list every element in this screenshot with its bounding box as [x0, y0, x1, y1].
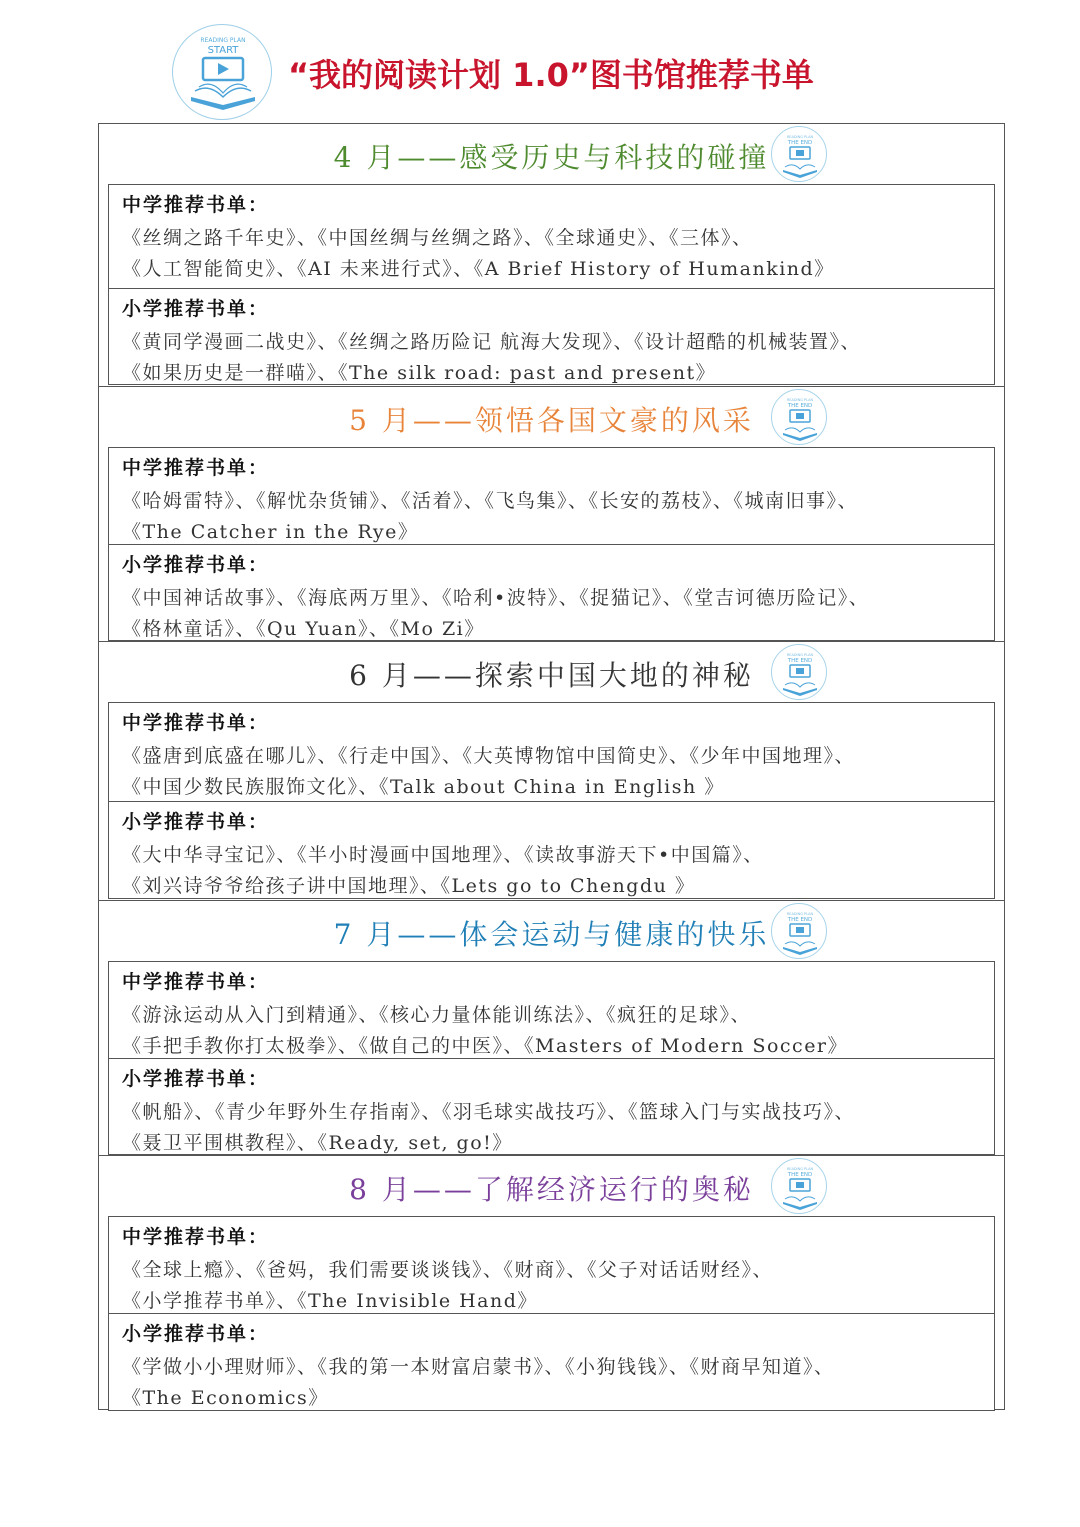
primary-school-list: 小学推荐书单： 《黄同学漫画二战史》、《丝绸之路历险记 航海大发现》、《设计超酷… [108, 288, 995, 385]
middle-school-label: 中学推荐书单： [122, 453, 269, 480]
month-header: 6 月——探索中国大地的神秘 READING PLAN THE END [99, 642, 1004, 702]
primary-school-label: 小学推荐书单： [122, 807, 269, 834]
svg-text:READING PLAN: READING PLAN [787, 912, 814, 916]
month-header: 5 月——领悟各国文豪的风采 READING PLAN THE END [99, 387, 1004, 447]
svg-text:READING PLAN: READING PLAN [787, 653, 814, 657]
middle-school-list: 中学推荐书单： 《哈姆雷特》、《解忧杂货铺》、《活着》、《飞鸟集》、《长安的荔枝… [108, 447, 995, 545]
book-list-line: 《人工智能简史》、《AI 未来进行式》、《A Brief History of … [122, 254, 835, 281]
book-list-line: 《如果历史是一群喵》、《The silk road: past and pres… [122, 358, 716, 385]
book-list-line: 《格林童话》、《Qu Yuan》、《Mo Zi》 [122, 614, 485, 641]
the-end-badge-icon: READING PLAN THE END [771, 1158, 827, 1214]
primary-school-list: 小学推荐书单： 《学做小小理财师》、《我的第一本财富启蒙书》、《小狗钱钱》、《财… [108, 1313, 995, 1411]
svg-text:READING PLAN: READING PLAN [200, 37, 245, 44]
middle-school-label: 中学推荐书单： [122, 190, 269, 217]
middle-school-label: 中学推荐书单： [122, 708, 269, 735]
primary-school-list: 小学推荐书单： 《大中华寻宝记》、《半小时漫画中国地理》、《读故事游天下•中国篇… [108, 801, 995, 899]
book-list-line: 《全球上瘾》、《爸妈，我们需要谈谈钱》、《财商》、《父子对话话财经》、 [122, 1255, 773, 1282]
month-header: 4 月——感受历史与科技的碰撞 READING PLAN THE END [99, 124, 1004, 184]
primary-school-label: 小学推荐书单： [122, 294, 269, 321]
book-list-line: 《大中华寻宝记》、《半小时漫画中国地理》、《读故事游天下•中国篇》、 [122, 840, 764, 867]
middle-school-label: 中学推荐书单： [122, 1222, 269, 1249]
primary-school-list: 小学推荐书单： 《中国神话故事》、《海底两万里》、《哈利•波特》、《捉猫记》、《… [108, 544, 995, 641]
svg-text:READING PLAN: READING PLAN [787, 135, 814, 139]
book-list-line: 《刘兴诗爷爷给孩子讲中国地理》、《Lets go to Chengdu 》 [122, 871, 695, 898]
middle-school-label: 中学推荐书单： [122, 967, 269, 994]
reading-plan-start-logo-icon: READING PLAN START [172, 24, 272, 120]
book-list-line: 《中国神话故事》、《海底两万里》、《哈利•波特》、《捉猫记》、《堂吉诃德历险记》… [122, 583, 869, 610]
month-section-august: 8 月——了解经济运行的奥秘 READING PLAN THE END 中学推荐… [99, 1155, 1004, 1216]
month-section-april: 4 月——感受历史与科技的碰撞 READING PLAN THE END 中学推… [99, 124, 1004, 184]
book-list-line: 《中国少数民族服饰文化》、《Talk about China in Englis… [122, 772, 725, 799]
page-header: READING PLAN START “我的阅读计划 1.0”图书馆推荐书单 [170, 22, 890, 122]
book-list-line: 《盛唐到底盛在哪儿》、《行走中国》、《大英博物馆中国简史》、《少年中国地理》、 [122, 741, 855, 768]
month-section-june: 6 月——探索中国大地的神秘 READING PLAN THE END 中学推荐… [99, 641, 1004, 702]
svg-text:THE END: THE END [787, 403, 813, 409]
primary-school-list: 小学推荐书单： 《帆船》、《青少年野外生存指南》、《羽毛球实战技巧》、《篮球入门… [108, 1058, 995, 1155]
book-list-line: 《The Economics》 [122, 1383, 329, 1410]
middle-school-list: 中学推荐书单： 《游泳运动从入门到精通》、《核心力量体能训练法》、《疯狂的足球》… [108, 961, 995, 1059]
book-list-line: 《The Catcher in the Rye》 [122, 517, 418, 544]
middle-school-list: 中学推荐书单： 《丝绸之路千年史》、《中国丝绸与丝绸之路》、《全球通史》、《三体… [108, 184, 995, 289]
svg-text:THE END: THE END [787, 1172, 813, 1178]
page-title: “我的阅读计划 1.0”图书馆推荐书单 [288, 50, 814, 96]
month-title: 6 月——探索中国大地的神秘 [99, 654, 1004, 694]
primary-school-label: 小学推荐书单： [122, 1319, 269, 1346]
svg-text:THE END: THE END [787, 658, 813, 664]
primary-school-label: 小学推荐书单： [122, 1064, 269, 1091]
month-title: 7 月——体会运动与健康的快乐 [99, 913, 1004, 953]
month-title: 5 月——领悟各国文豪的风采 [99, 399, 1004, 439]
month-header: 8 月——了解经济运行的奥秘 READING PLAN THE END [99, 1156, 1004, 1216]
book-list-line: 《丝绸之路千年史》、《中国丝绸与丝绸之路》、《全球通史》、《三体》、 [122, 223, 753, 250]
book-list-line: 《小学推荐书单》、《The Invisible Hand》 [122, 1286, 538, 1313]
book-list-line: 《黄同学漫画二战史》、《丝绸之路历险记 航海大发现》、《设计超酷的机械装置》、 [122, 327, 861, 354]
the-end-badge-icon: READING PLAN THE END [771, 126, 827, 182]
middle-school-list: 中学推荐书单： 《盛唐到底盛在哪儿》、《行走中国》、《大英博物馆中国简史》、《少… [108, 702, 995, 802]
svg-text:THE END: THE END [787, 917, 813, 923]
book-list-line: 《帆船》、《青少年野外生存指南》、《羽毛球实战技巧》、《篮球入门与实战技巧》、 [122, 1097, 855, 1124]
primary-school-label: 小学推荐书单： [122, 550, 269, 577]
month-header: 7 月——体会运动与健康的快乐 READING PLAN THE END [99, 901, 1004, 961]
middle-school-list: 中学推荐书单： 《全球上瘾》、《爸妈，我们需要谈谈钱》、《财商》、《父子对话话财… [108, 1216, 995, 1314]
the-end-badge-icon: READING PLAN THE END [771, 389, 827, 445]
book-list-line: 《聂卫平围棋教程》、《Ready, set, go!》 [122, 1128, 513, 1155]
month-section-may: 5 月——领悟各国文豪的风采 READING PLAN THE END 中学推荐… [99, 386, 1004, 447]
svg-text:READING PLAN: READING PLAN [787, 1167, 814, 1171]
month-title: 8 月——了解经济运行的奥秘 [99, 1168, 1004, 1208]
book-list-line: 《手把手教你打太极拳》、《做自己的中医》、《Masters of Modern … [122, 1031, 848, 1058]
month-section-july: 7 月——体会运动与健康的快乐 READING PLAN THE END 中学推… [99, 900, 1004, 961]
svg-text:THE END: THE END [787, 140, 813, 146]
svg-text:START: START [208, 45, 240, 56]
book-list-line: 《学做小小理财师》、《我的第一本财富启蒙书》、《小狗钱钱》、《财商早知道》、 [122, 1352, 835, 1379]
reading-list-table: 4 月——感受历史与科技的碰撞 READING PLAN THE END 中学推… [98, 123, 1005, 1410]
the-end-badge-icon: READING PLAN THE END [771, 903, 827, 959]
svg-text:READING PLAN: READING PLAN [787, 398, 814, 402]
month-title: 4 月——感受历史与科技的碰撞 [99, 136, 1004, 176]
book-list-line: 《哈姆雷特》、《解忧杂货铺》、《活着》、《飞鸟集》、《长安的荔枝》、《城南旧事》… [122, 486, 858, 513]
the-end-badge-icon: READING PLAN THE END [771, 644, 827, 700]
book-list-line: 《游泳运动从入门到精通》、《核心力量体能训练法》、《疯狂的足球》、 [122, 1000, 751, 1027]
